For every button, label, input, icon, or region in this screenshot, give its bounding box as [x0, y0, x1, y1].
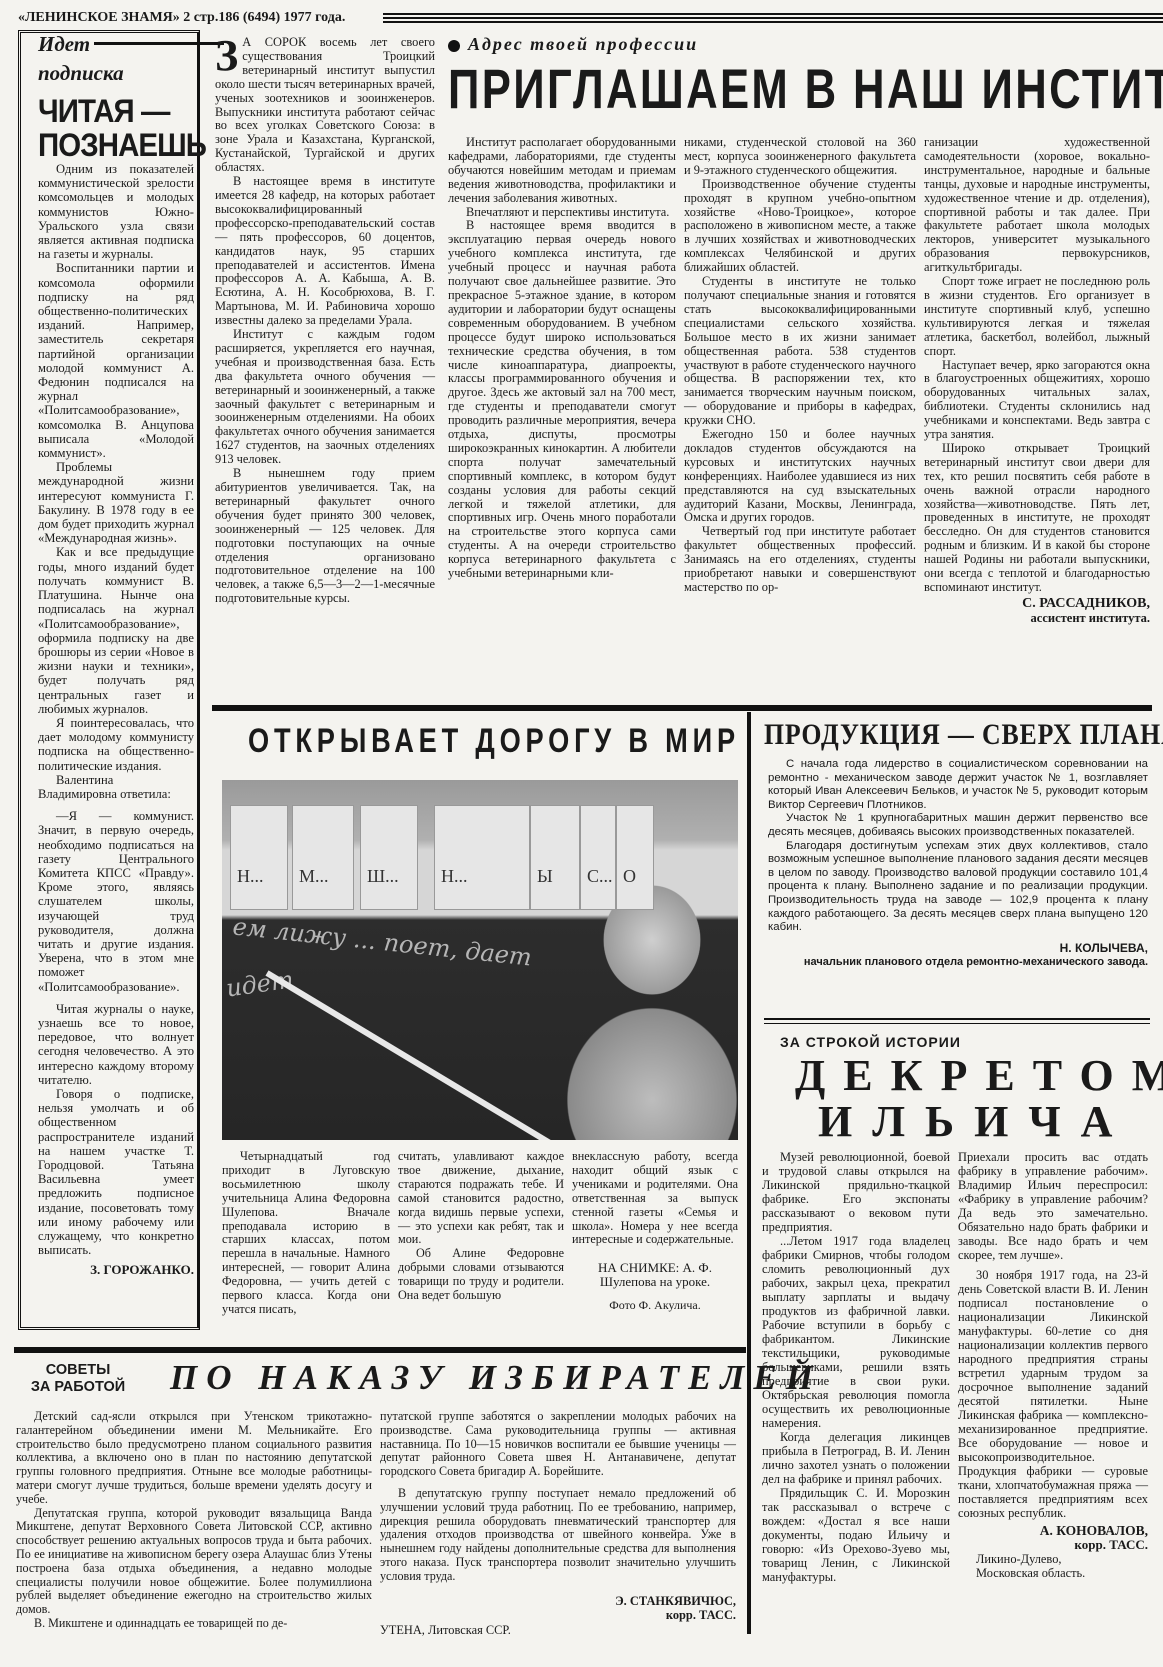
paragraph: В настоящее время вводится в эксплуатаци… [448, 219, 676, 581]
alphabet-card: Н... [230, 805, 288, 910]
section-divider [212, 705, 1152, 711]
voters-rubric-1: СОВЕТЫ [28, 1362, 128, 1379]
institute-col-1: З А СОРОК восемь лет своего существовани… [215, 36, 435, 606]
bullet-icon [448, 40, 460, 52]
subscription-signature: З. ГОРОЖАНКО. [38, 1263, 194, 1277]
institute-col-2: Институт располагает оборудованными кафе… [448, 136, 676, 581]
paragraph: Когда делегация ликинцев прибыла в Петро… [762, 1430, 950, 1486]
teacher-col-3: внеклассную работу, всегда находит общий… [572, 1150, 738, 1313]
paragraph: Производственное обучение студенты прохо… [684, 178, 916, 275]
alphabet-card: Ы [530, 805, 580, 910]
teacher-col-2: считать, улавливают каждое твое движение… [398, 1150, 564, 1303]
paragraph: ганизации художественной самодеятельност… [924, 136, 1150, 275]
paragraph: Как и все предыдущие годы, много изданий… [38, 545, 194, 715]
bottom-section-divider [14, 1347, 746, 1353]
voters-col-2: путатской группе заботятся о закреплении… [380, 1410, 736, 1637]
paragraph: В депутатскую группу поступает немало пр… [380, 1487, 736, 1584]
decree-signature-title: корр. ТАСС. [958, 1538, 1148, 1552]
subscription-body: Одним из показателей коммунистической зр… [38, 162, 194, 1277]
paragraph: Четвертый год при институте работает фак… [684, 525, 916, 595]
paragraph: Говоря о подписке, нельзя умолчать и об … [38, 1087, 194, 1257]
paragraph: внеклассную работу, всегда находит общий… [572, 1150, 738, 1247]
paragraph: Проблемы международной жизни интересуют … [38, 460, 194, 545]
paragraph: Музей революционной, боевой и трудовой с… [762, 1150, 950, 1234]
paragraph: —Я — коммунист. Значит, в первую очередь… [38, 809, 194, 994]
chalk-writing-1: ем лижу ... поет, дает [231, 912, 533, 971]
alphabet-card: О [616, 805, 654, 910]
production-signature-name: Н. КОЛЫЧЕВА, [768, 941, 1148, 955]
paragraph: Об Алине Федоровне добрыми словами отзыв… [398, 1247, 564, 1303]
paragraph: Читая журналы о науке, узнаешь все то но… [38, 1002, 194, 1087]
paragraph: Ежегодно 150 и более научных докладов ст… [684, 428, 916, 525]
paragraph: С начала года лидерство в социалистическ… [768, 758, 1148, 812]
masthead: «ЛЕНИНСКОЕ ЗНАМЯ» 2 стр.186 (6494) 1977 … [18, 10, 345, 26]
masthead-rule [383, 13, 1163, 23]
paragraph: Институт располагает оборудованными кафе… [448, 136, 676, 206]
decree-rubric: ЗА СТРОКОЙ ИСТОРИИ [780, 1034, 961, 1050]
voters-rubric: СОВЕТЫ ЗА РАБОТОЙ [28, 1362, 128, 1396]
paragraph: В нынешнем году прием абитуриентов увели… [215, 467, 435, 606]
paragraph: Я поинтересовалась, что дает молодому ко… [38, 716, 194, 773]
rubric-text: Адрес твоей профессии [468, 34, 698, 54]
paragraph: никами, студенческой столовой на 360 мес… [684, 136, 916, 178]
voters-rubric-2: ЗА РАБОТОЙ [28, 1379, 128, 1396]
production-signature-title: начальник планового отдела ремонтно-меха… [768, 955, 1148, 969]
institute-signature-name: С. РАССАДНИКОВ, [924, 597, 1150, 611]
paragraph: Наступает вечер, ярко загораются окна в … [924, 359, 1150, 442]
institute-header: Адрес твоей профессии ПРИГЛАШАЕМ В НАШ И… [448, 34, 1148, 119]
paragraph: Студенты в институте не только получают … [684, 275, 916, 428]
alphabet-card: Н... [434, 805, 530, 910]
paragraph: 30 ноября 1917 года, на 23-й день Советс… [958, 1268, 1148, 1520]
production-body: С начала года лидерство в социалистическ… [768, 758, 1148, 969]
paragraph: считать, улавливают каждое твое движение… [398, 1150, 564, 1247]
paragraph: Воспитанники партии и комсомола оформили… [38, 261, 194, 460]
column-divider [747, 712, 751, 1634]
photo-caption: НА СНИМКЕ: А. Ф. Шулепова на уроке. [572, 1261, 738, 1289]
voters-signature-name: Э. СТАНКЯВИЧЮС, [380, 1594, 736, 1608]
alphabet-card: Ш... [360, 805, 418, 910]
paragraph: Детский сад-ясли открылся при Утенском т… [16, 1410, 372, 1507]
pointer-stick [265, 970, 577, 1140]
paragraph: Прядильщик С. И. Морозкин так рассказыва… [762, 1486, 950, 1584]
institute-signature-title: ассистент института. [924, 611, 1150, 625]
institute-rubric: Адрес твоей профессии [448, 34, 1148, 55]
subscription-kicker-2: подписка [38, 60, 198, 86]
alphabet-card: М... [292, 805, 354, 910]
subscription-headline-2: ПОЗНАЕШЬ [38, 128, 185, 162]
photo-credit: Фото Ф. Акулича. [572, 1299, 738, 1313]
institute-col-4: ганизации художественной самодеятельност… [924, 136, 1150, 625]
alphabet-card: С... [580, 805, 616, 910]
paragraph: Участок № 1 крупногабаритных машин держи… [768, 812, 1148, 839]
paragraph: Валентина Владимировна ответила: [38, 773, 194, 801]
subscription-headline-1: ЧИТАЯ — [38, 94, 185, 128]
teacher-headline: ОТКРЫВАЕТ ДОРОГУ В МИР [248, 722, 740, 760]
voters-signature-title: корр. ТАСС. [380, 1608, 736, 1622]
decree-headline-1: ДЕКРЕТОМ [795, 1052, 1163, 1100]
voters-col-1: Детский сад-ясли открылся при Утенском т… [16, 1410, 372, 1631]
decree-signature-name: А. КОНОВАЛОВ, [958, 1524, 1148, 1538]
paragraph: В. Микштене и одиннадцать ее товарищей п… [16, 1617, 372, 1631]
teacher-photo: Н... М... Ш... Н... Ы С... О ем лижу ...… [222, 780, 738, 1140]
decree-dateline-2: Московская область. [958, 1566, 1148, 1580]
drop-cap: З [215, 38, 238, 74]
paragraph: Впечатляют и перспективы института. [448, 206, 676, 220]
institute-col-3: никами, студенческой столовой на 360 мес… [684, 136, 916, 595]
paragraph: ...Летом 1917 года владелец фабрики Смир… [762, 1234, 950, 1430]
decree-col-2: Приехали просить вас отдать фабрику в уп… [958, 1150, 1148, 1580]
teacher-col-1: Четырнадцатый год приходит в Луговскую в… [222, 1150, 390, 1317]
voters-dateline: УТЕНА, Литовская ССР. [380, 1624, 736, 1638]
production-divider [764, 1018, 1150, 1024]
voters-headline: ПО НАКАЗУ ИЗБИРАТЕЛЕЙ [170, 1358, 822, 1398]
paragraph: Депутатская группа, которой руководит вя… [16, 1507, 372, 1617]
paragraph: А СОРОК восемь лет своего существования … [215, 36, 435, 175]
paragraph: Спорт тоже играет не последнюю роль в жи… [924, 275, 1150, 358]
production-headline: ПРОДУКЦИЯ — СВЕРХ ПЛАНА [764, 718, 1163, 752]
paragraph: Четырнадцатый год приходит в Луговскую в… [222, 1150, 390, 1317]
paragraph: Благодаря достигнутым успехам этих двух … [768, 840, 1148, 935]
paragraph: путатской группе заботятся о закреплении… [380, 1410, 736, 1479]
decree-dateline-1: Ликино-Дулево, [958, 1552, 1148, 1566]
decree-headline-2: ИЛЬИЧА [818, 1098, 1132, 1146]
paragraph: В настоящее время в институте имеется 28… [215, 175, 435, 328]
paragraph: Одним из показателей коммунистической зр… [38, 162, 194, 261]
paragraph: Широко открывает Троицкий ветеринарный и… [924, 442, 1150, 595]
institute-headline: ПРИГЛАШАЕМ В НАШ ИНСТИТУТ [448, 59, 994, 119]
paragraph: Институт с каждым годом расширяется, укр… [215, 328, 435, 467]
subscription-article: Идет подписка ЧИТАЯ — ПОЗНАЕШЬ [38, 32, 198, 162]
kicker-rule [94, 42, 224, 45]
paragraph: Приехали просить вас отдать фабрику в уп… [958, 1150, 1148, 1262]
